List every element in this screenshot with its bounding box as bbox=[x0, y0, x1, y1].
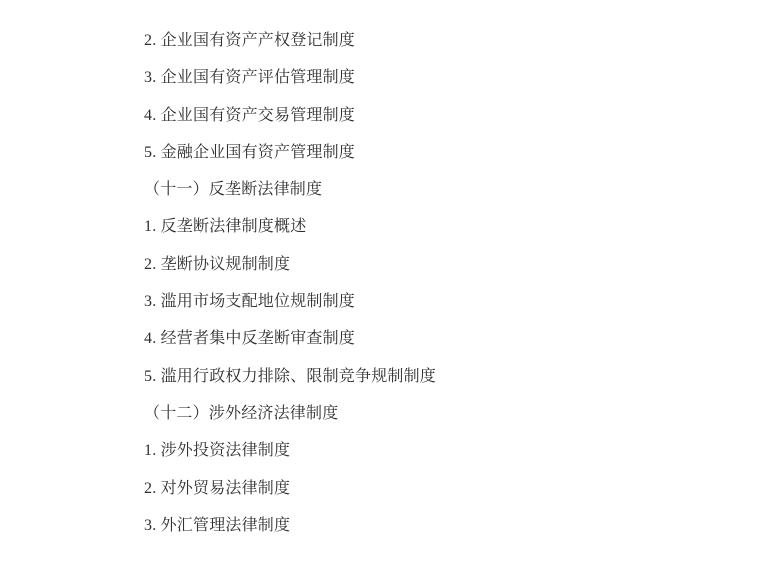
document-line: 1. 反垄断法律制度概述 bbox=[144, 208, 704, 245]
document-text-block: 2. 企业国有资产产权登记制度3. 企业国有资产评估管理制度4. 企业国有资产交… bbox=[144, 22, 704, 544]
document-line: 2. 垄断协议规制制度 bbox=[144, 246, 704, 283]
document-line: 1. 涉外投资法律制度 bbox=[144, 432, 704, 469]
document-line: 4. 经营者集中反垄断审查制度 bbox=[144, 320, 704, 357]
document-line: 3. 企业国有资产评估管理制度 bbox=[144, 59, 704, 96]
document-line: （十一）反垄断法律制度 bbox=[144, 171, 704, 208]
document-line: 2. 对外贸易法律制度 bbox=[144, 470, 704, 507]
document-line: 5. 滥用行政权力排除、限制竞争规制制度 bbox=[144, 358, 704, 395]
document-line: 4. 企业国有资产交易管理制度 bbox=[144, 97, 704, 134]
document-page: 2. 企业国有资产产权登记制度3. 企业国有资产评估管理制度4. 企业国有资产交… bbox=[0, 0, 769, 583]
document-line: 2. 企业国有资产产权登记制度 bbox=[144, 22, 704, 59]
document-line: 3. 外汇管理法律制度 bbox=[144, 507, 704, 544]
document-line: 3. 滥用市场支配地位规制制度 bbox=[144, 283, 704, 320]
document-line: （十二）涉外经济法律制度 bbox=[144, 395, 704, 432]
document-line: 5. 金融企业国有资产管理制度 bbox=[144, 134, 704, 171]
